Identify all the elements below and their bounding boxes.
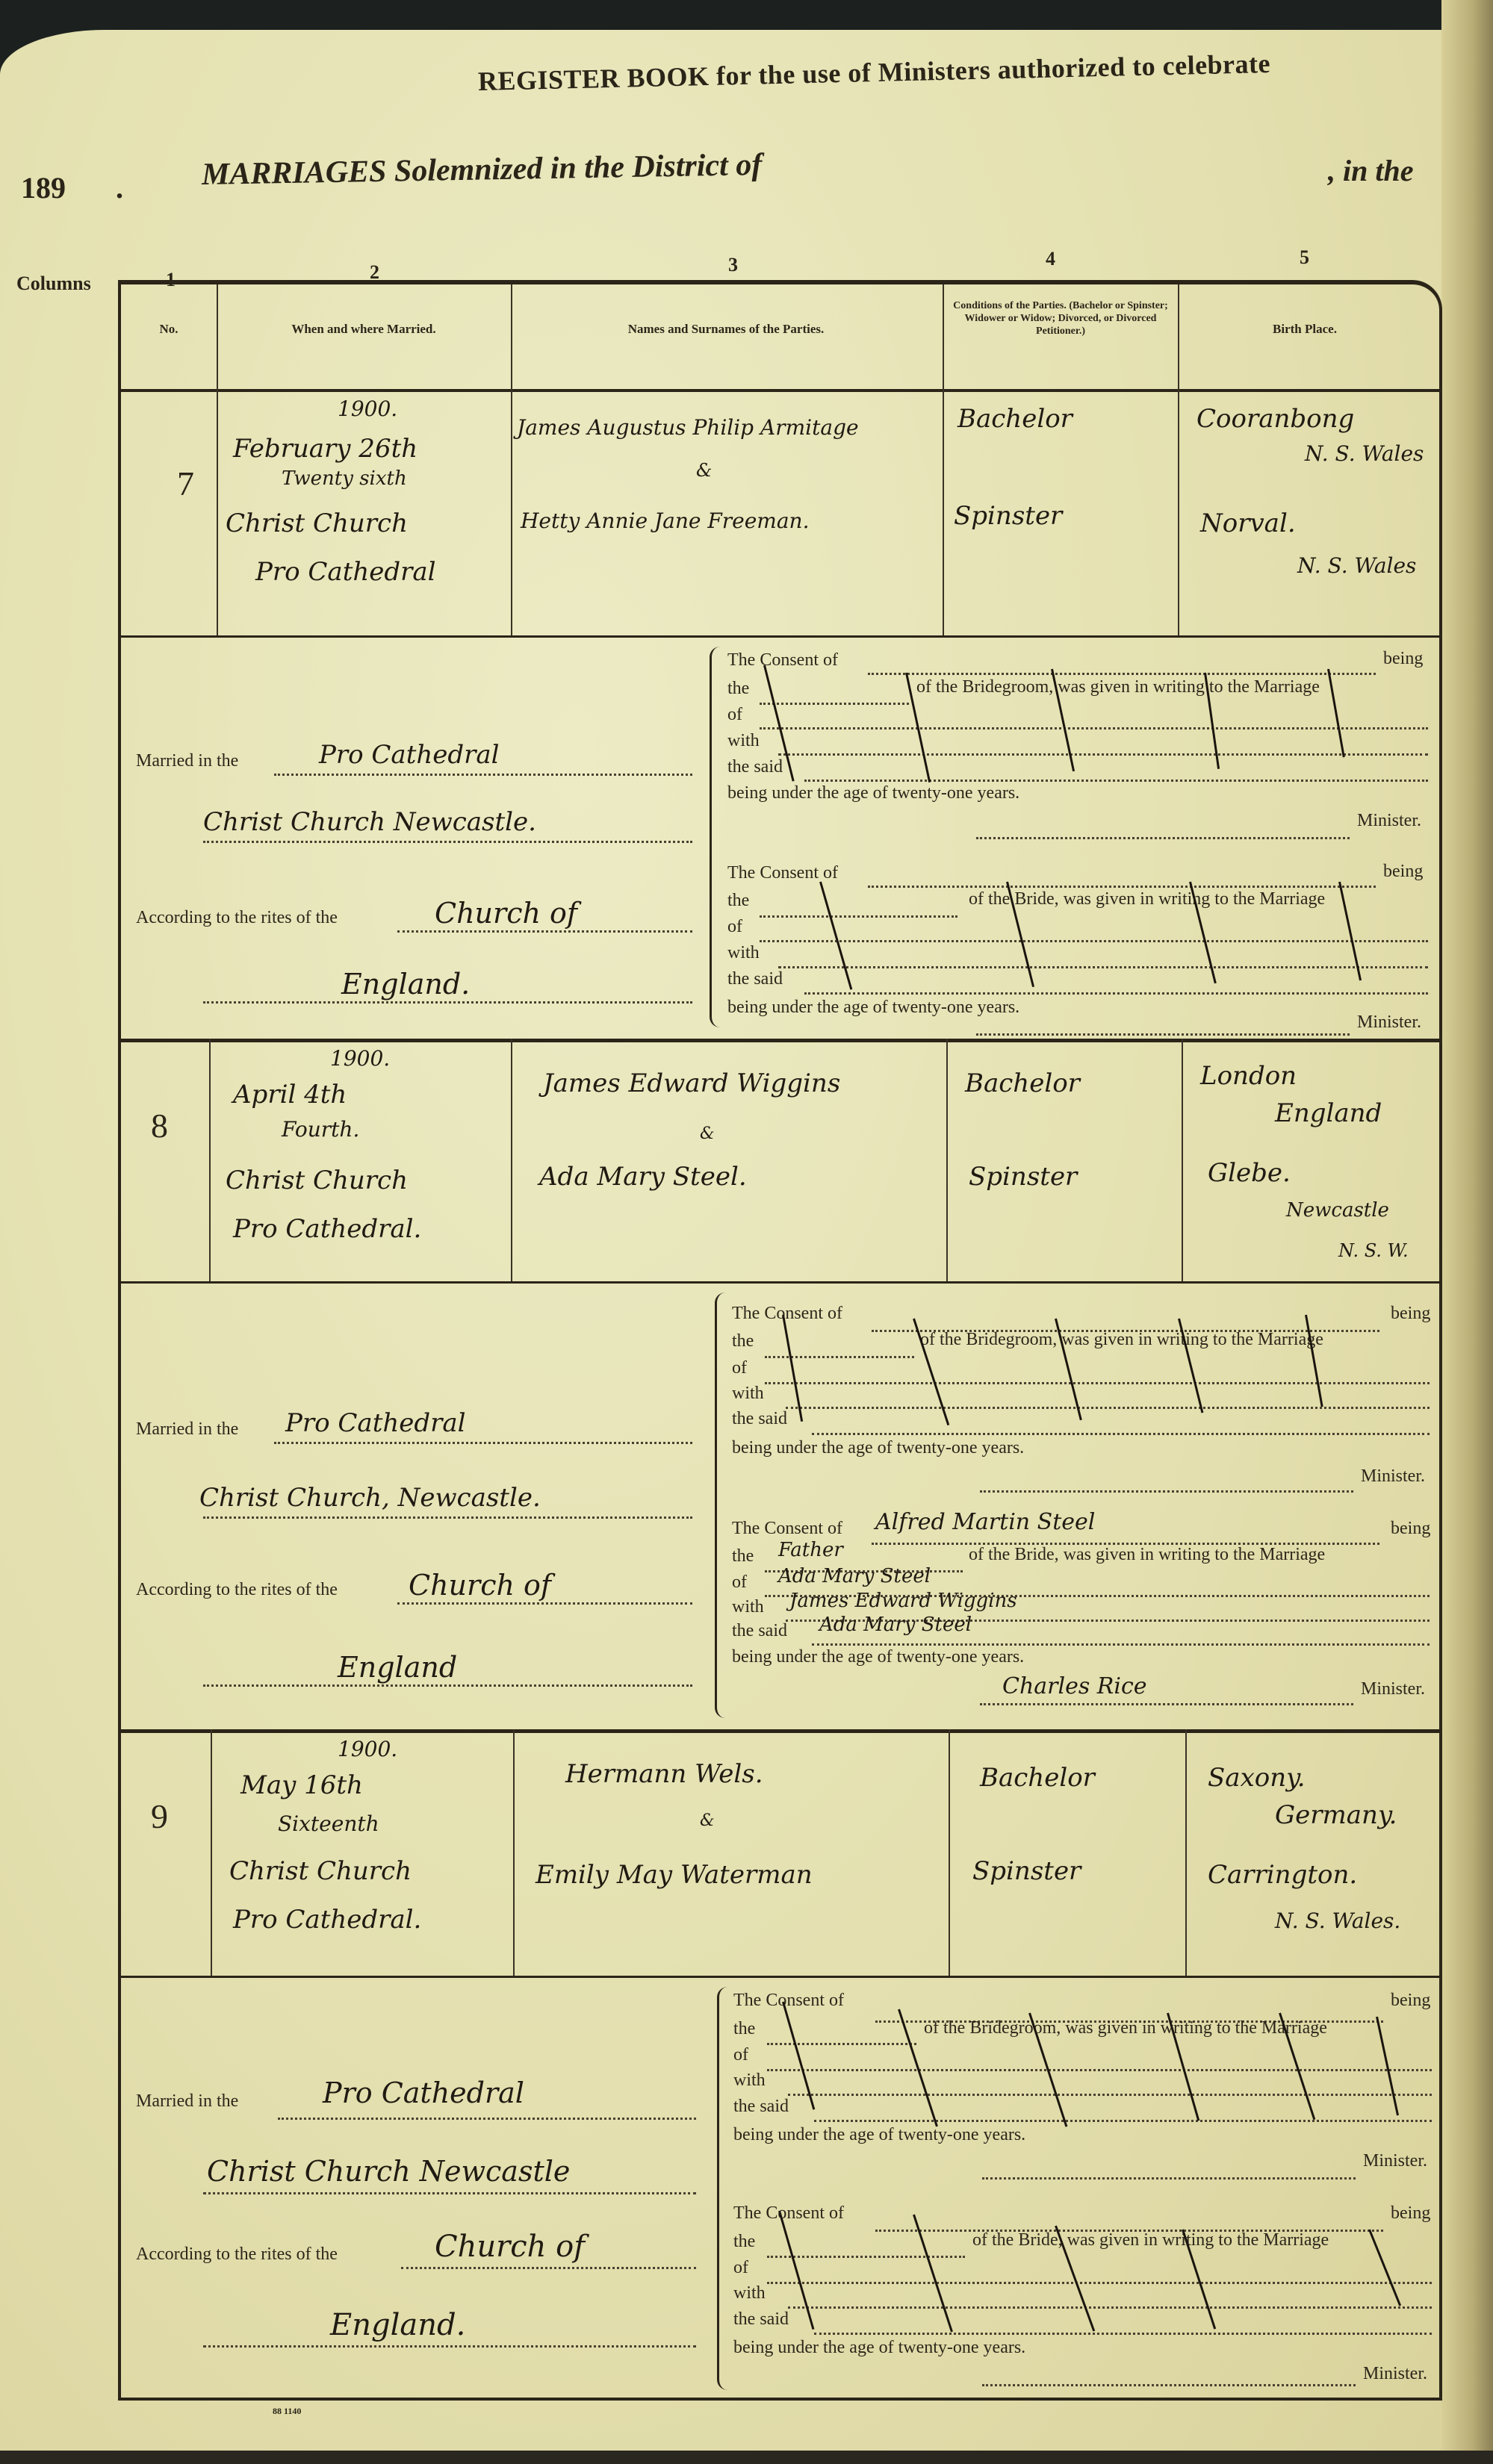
consent-bracket xyxy=(715,1292,727,1718)
under-age-label: being under the age of twenty-one years. xyxy=(727,998,1019,1018)
page-bottom-edge xyxy=(0,2451,1493,2464)
marriage-place: Christ Church xyxy=(229,1856,412,1886)
married-in-label: Married in the xyxy=(136,1419,238,1440)
col-divider xyxy=(1182,1039,1183,1281)
header-no: No. xyxy=(121,322,217,337)
marriage-date: April 4th xyxy=(233,1080,347,1110)
dotted-line xyxy=(203,2345,696,2348)
dotted-line xyxy=(767,2256,965,2258)
with-label: with xyxy=(727,943,760,963)
groom-birthplace: London xyxy=(1200,1061,1297,1091)
minister-label: Minister. xyxy=(1361,1679,1425,1699)
marriage-date-words: Twenty sixth xyxy=(282,467,407,490)
bride-name: Emily May Waterman xyxy=(536,1860,813,1890)
col-divider xyxy=(943,284,944,389)
dotted-line xyxy=(760,703,909,705)
minister-label: Minister. xyxy=(1361,1466,1425,1487)
groom-name: Hermann Wels. xyxy=(565,1759,763,1789)
dotted-line xyxy=(788,2094,1432,2096)
col-divider xyxy=(513,1729,515,1976)
row-divider xyxy=(121,1281,1439,1284)
being-label: being xyxy=(1391,1304,1430,1324)
column-number-3: 3 xyxy=(728,254,738,276)
of-bride-label: of the Bride, was given in writing to th… xyxy=(969,889,1325,909)
col-divider xyxy=(511,1039,512,1281)
of-label: of xyxy=(732,1572,747,1593)
marriage-date-words: Fourth. xyxy=(282,1117,359,1142)
dotted-line xyxy=(767,2282,1432,2284)
entry-number: 8 xyxy=(151,1106,168,1145)
of-label: of xyxy=(733,2258,748,2278)
groom-name: James Edward Wiggins xyxy=(543,1068,840,1098)
header-when-where: When and where Married. xyxy=(218,322,509,337)
col-divider xyxy=(209,1039,211,1281)
dotted-line xyxy=(812,1643,1430,1646)
dotted-line xyxy=(814,2120,1432,2122)
col-divider xyxy=(511,284,512,389)
the-said-label: the said xyxy=(727,757,783,777)
bride-condition: Spinster xyxy=(972,1856,1081,1886)
groom-birthplace: Cooranbong xyxy=(1196,404,1354,434)
bride-name: Hetty Annie Jane Freeman. xyxy=(521,508,809,533)
dotted-line xyxy=(274,774,692,776)
consent-bracket xyxy=(717,1987,730,2390)
dotted-line xyxy=(203,841,692,843)
of-label: of xyxy=(727,917,742,937)
strike-mark xyxy=(913,2215,953,2333)
the-said-label: the said xyxy=(733,2097,789,2117)
consent-giver: Alfred Martin Steel xyxy=(875,1509,1095,1535)
the-label: the xyxy=(727,891,749,911)
under-age-label: being under the age of twenty-one years. xyxy=(733,2125,1025,2145)
under-age-label: being under the age of twenty-one years. xyxy=(732,1438,1024,1458)
dotted-line xyxy=(760,727,1428,729)
groom-birthplace-2: England xyxy=(1275,1098,1382,1128)
dotted-line xyxy=(778,966,1428,968)
groom-birthplace-2: Germany. xyxy=(1275,1800,1397,1830)
col-divider xyxy=(217,389,218,635)
minister-signature-line xyxy=(982,2177,1356,2180)
rites-value-2: England. xyxy=(330,2308,465,2342)
bride-birthplace-2: N. S. Wales xyxy=(1297,553,1416,578)
col-divider xyxy=(1178,284,1179,389)
dotted-line xyxy=(767,2043,916,2045)
strike-mark xyxy=(782,1315,803,1422)
row-divider xyxy=(121,635,1439,638)
header-birthplace: Birth Place. xyxy=(1182,322,1428,337)
minister-label: Minister. xyxy=(1363,2151,1427,2171)
according-to-label: According to the rites of the xyxy=(136,908,338,928)
with-label: with xyxy=(732,1384,764,1404)
under-age-label: being under the age of twenty-one years. xyxy=(733,2338,1025,2358)
minister-signature-line xyxy=(982,2384,1356,2386)
book-gutter xyxy=(1441,0,1493,2464)
col-divider xyxy=(1185,1729,1187,1976)
column-number-4: 4 xyxy=(1046,248,1055,270)
dotted-line xyxy=(765,1382,1430,1384)
dotted-line xyxy=(760,915,957,918)
under-age-label: being under the age of twenty-one years. xyxy=(727,783,1019,803)
rites-value: Church of xyxy=(435,2230,585,2264)
consent-groom-name: James Edward Wiggins xyxy=(789,1590,1017,1612)
minister-signature: Charles Rice xyxy=(1002,1673,1147,1699)
bride-birthplace-3: N. S. W. xyxy=(1338,1240,1409,1261)
dotted-line xyxy=(203,1684,692,1687)
dotted-line xyxy=(397,930,692,933)
dotted-line xyxy=(786,1407,1430,1409)
strike-mark xyxy=(1368,2229,1401,2306)
being-label: being xyxy=(1391,1991,1430,2011)
register-table: No. When and where Married. Names and Su… xyxy=(118,280,1442,2401)
dotted-line xyxy=(814,2333,1432,2335)
strike-mark xyxy=(1305,1315,1323,1407)
marriage-place: Christ Church xyxy=(226,508,408,538)
dotted-line xyxy=(401,2267,696,2269)
rites-value: Church of xyxy=(435,897,577,930)
of-bridegroom-label: of the Bridegroom, was given in writing … xyxy=(924,2018,1327,2038)
dotted-line xyxy=(765,1356,914,1358)
marriage-date: February 26th xyxy=(233,434,418,464)
consent-bracket xyxy=(710,647,722,1027)
the-said-label: the said xyxy=(727,969,783,989)
dotted-line xyxy=(278,2118,696,2120)
the-label: the xyxy=(733,2232,755,2252)
bride-birthplace: Norval. xyxy=(1200,508,1296,538)
with-label: with xyxy=(727,731,760,751)
married-in-label: Married in the xyxy=(136,751,238,771)
minister-label: Minister. xyxy=(1357,1012,1421,1033)
being-label: being xyxy=(1391,2203,1430,2224)
consent-relation: Father xyxy=(778,1539,843,1561)
minister-signature-line xyxy=(980,1703,1353,1705)
consent-of-label: The Consent of xyxy=(727,863,838,883)
groom-birthplace: Saxony. xyxy=(1208,1763,1306,1793)
of-label: of xyxy=(727,705,742,725)
minister-label: Minister. xyxy=(1357,811,1421,831)
col-divider xyxy=(211,1729,212,1976)
according-to-label: According to the rites of the xyxy=(136,1580,338,1600)
consent-said-name: Ada Mary Steel xyxy=(819,1614,972,1636)
dotted-line xyxy=(812,1433,1430,1435)
dotted-line xyxy=(274,1442,692,1444)
married-in-value-2: Christ Church, Newcastle. xyxy=(199,1483,541,1513)
minister-signature-line xyxy=(976,1033,1350,1036)
entry-divider xyxy=(121,1039,1439,1042)
dotted-line xyxy=(203,1516,692,1519)
of-label: of xyxy=(733,2045,748,2065)
bride-birthplace-2: Newcastle xyxy=(1286,1199,1389,1222)
the-label: the xyxy=(727,679,749,699)
marriage-year: 1900. xyxy=(338,396,397,421)
bride-birthplace-2: N. S. Wales. xyxy=(1275,1908,1400,1933)
rites-value-2: England. xyxy=(341,968,470,1001)
marriage-place-2: Pro Cathedral. xyxy=(233,1905,421,1935)
with-label: with xyxy=(733,2071,766,2091)
row-divider xyxy=(121,1976,1439,1978)
marriage-date-words: Sixteenth xyxy=(278,1811,379,1836)
marriage-year: 1900. xyxy=(330,1046,390,1071)
col-divider xyxy=(511,389,512,635)
minister-signature-line xyxy=(976,837,1350,839)
married-in-value: Pro Cathedral xyxy=(323,2076,524,2109)
being-label: being xyxy=(1383,649,1423,669)
strike-mark xyxy=(1376,2017,1399,2116)
the-label: the xyxy=(732,1546,754,1567)
marriage-place-2: Pro Cathedral xyxy=(255,557,436,587)
of-label: of xyxy=(732,1358,747,1378)
consent-of-label: The Consent of xyxy=(727,650,838,671)
year-prefix: 189 xyxy=(21,170,66,205)
dotted-line xyxy=(788,2306,1432,2309)
dotted-line xyxy=(804,992,1428,995)
of-bride-label: of the Bride, was given in writing to th… xyxy=(969,1545,1325,1565)
groom-birthplace-2: N. S. Wales xyxy=(1305,441,1424,466)
conjunction: & xyxy=(700,1811,715,1830)
with-label: with xyxy=(733,2283,766,2303)
being-label: being xyxy=(1391,1519,1430,1539)
dotted-line xyxy=(397,1602,692,1605)
of-bridegroom-label: of the Bridegroom, was given in writing … xyxy=(920,1330,1323,1350)
dotted-line xyxy=(203,1001,692,1004)
marriage-place-2: Pro Cathedral. xyxy=(233,1214,421,1244)
consent-of-label: The Consent of xyxy=(733,1991,844,2011)
groom-condition: Bachelor xyxy=(980,1763,1095,1793)
entry-number: 7 xyxy=(177,464,194,503)
col-divider xyxy=(949,1729,950,1976)
header-names: Names and Surnames of the Parties. xyxy=(513,322,939,337)
strike-mark xyxy=(1327,669,1345,758)
under-age-label: being under the age of twenty-one years. xyxy=(732,1647,1024,1667)
dotted-line xyxy=(868,886,1376,888)
column-number-5: 5 xyxy=(1300,246,1309,269)
rites-value: Church of xyxy=(409,1569,551,1602)
col-divider xyxy=(946,1039,948,1281)
the-label: the xyxy=(733,2019,755,2039)
of-bride-label: of the Bride, was given in writing to th… xyxy=(972,2230,1329,2250)
bride-birthplace: Carrington. xyxy=(1208,1860,1357,1890)
consent-of-label: The Consent of xyxy=(732,1519,842,1539)
groom-name: James Augustus Philip Armitage xyxy=(517,415,859,440)
col-divider xyxy=(217,284,218,389)
bride-birthplace: Glebe. xyxy=(1208,1158,1291,1188)
entry-divider xyxy=(121,1729,1439,1733)
in-the-text: , in the xyxy=(1328,153,1413,188)
married-in-value: Pro Cathedral xyxy=(285,1408,466,1438)
of-bridegroom-label: of the Bridegroom, was given in writing … xyxy=(916,677,1320,697)
strike-mark xyxy=(819,882,852,990)
consent-of-label: The Consent of xyxy=(732,1304,842,1324)
dotted-line xyxy=(203,2192,696,2194)
bride-condition: Spinster xyxy=(954,501,1062,531)
groom-condition: Bachelor xyxy=(957,404,1073,434)
dotted-line xyxy=(804,780,1428,782)
with-label: with xyxy=(732,1597,764,1617)
married-in-value: Pro Cathedral xyxy=(319,740,500,770)
col-divider xyxy=(943,389,944,635)
year-dot: . xyxy=(116,170,123,205)
the-label: the xyxy=(732,1331,754,1351)
minister-label: Minister. xyxy=(1363,2364,1427,2384)
minister-signature-line xyxy=(980,1490,1353,1493)
print-code: 88 1140 xyxy=(273,2406,301,2417)
header-divider xyxy=(121,389,1439,392)
marriage-year: 1900. xyxy=(338,1737,397,1761)
groom-condition: Bachelor xyxy=(965,1068,1080,1098)
marriage-place: Christ Church xyxy=(226,1166,408,1195)
dotted-line xyxy=(767,2069,1432,2071)
the-said-label: the said xyxy=(732,1409,787,1429)
conjunction: & xyxy=(696,460,712,481)
header-conditions: Conditions of the Parties. (Bachelor or … xyxy=(949,299,1173,337)
married-in-label: Married in the xyxy=(136,2091,238,2112)
consent-bride-name: Ada Mary Steel xyxy=(778,1565,931,1587)
conjunction: & xyxy=(700,1124,715,1143)
dotted-line xyxy=(868,673,1376,675)
bride-condition: Spinster xyxy=(969,1162,1077,1192)
rites-value-2: England xyxy=(338,1651,457,1684)
columns-label: Columns xyxy=(16,273,91,295)
entry-number: 9 xyxy=(151,1796,168,1836)
the-said-label: the said xyxy=(732,1621,787,1641)
the-said-label: the said xyxy=(733,2309,789,2330)
consent-of-label: The Consent of xyxy=(733,2203,844,2224)
dotted-line xyxy=(778,753,1428,756)
being-label: being xyxy=(1383,862,1423,882)
marriage-date: May 16th xyxy=(240,1770,363,1800)
according-to-label: According to the rites of the xyxy=(136,2244,338,2265)
married-in-value-2: Christ Church Newcastle. xyxy=(203,807,536,837)
dotted-line xyxy=(760,940,1428,942)
bride-name: Ada Mary Steel. xyxy=(539,1162,747,1192)
col-divider xyxy=(1178,389,1179,635)
married-in-value-2: Christ Church Newcastle xyxy=(207,2155,570,2188)
